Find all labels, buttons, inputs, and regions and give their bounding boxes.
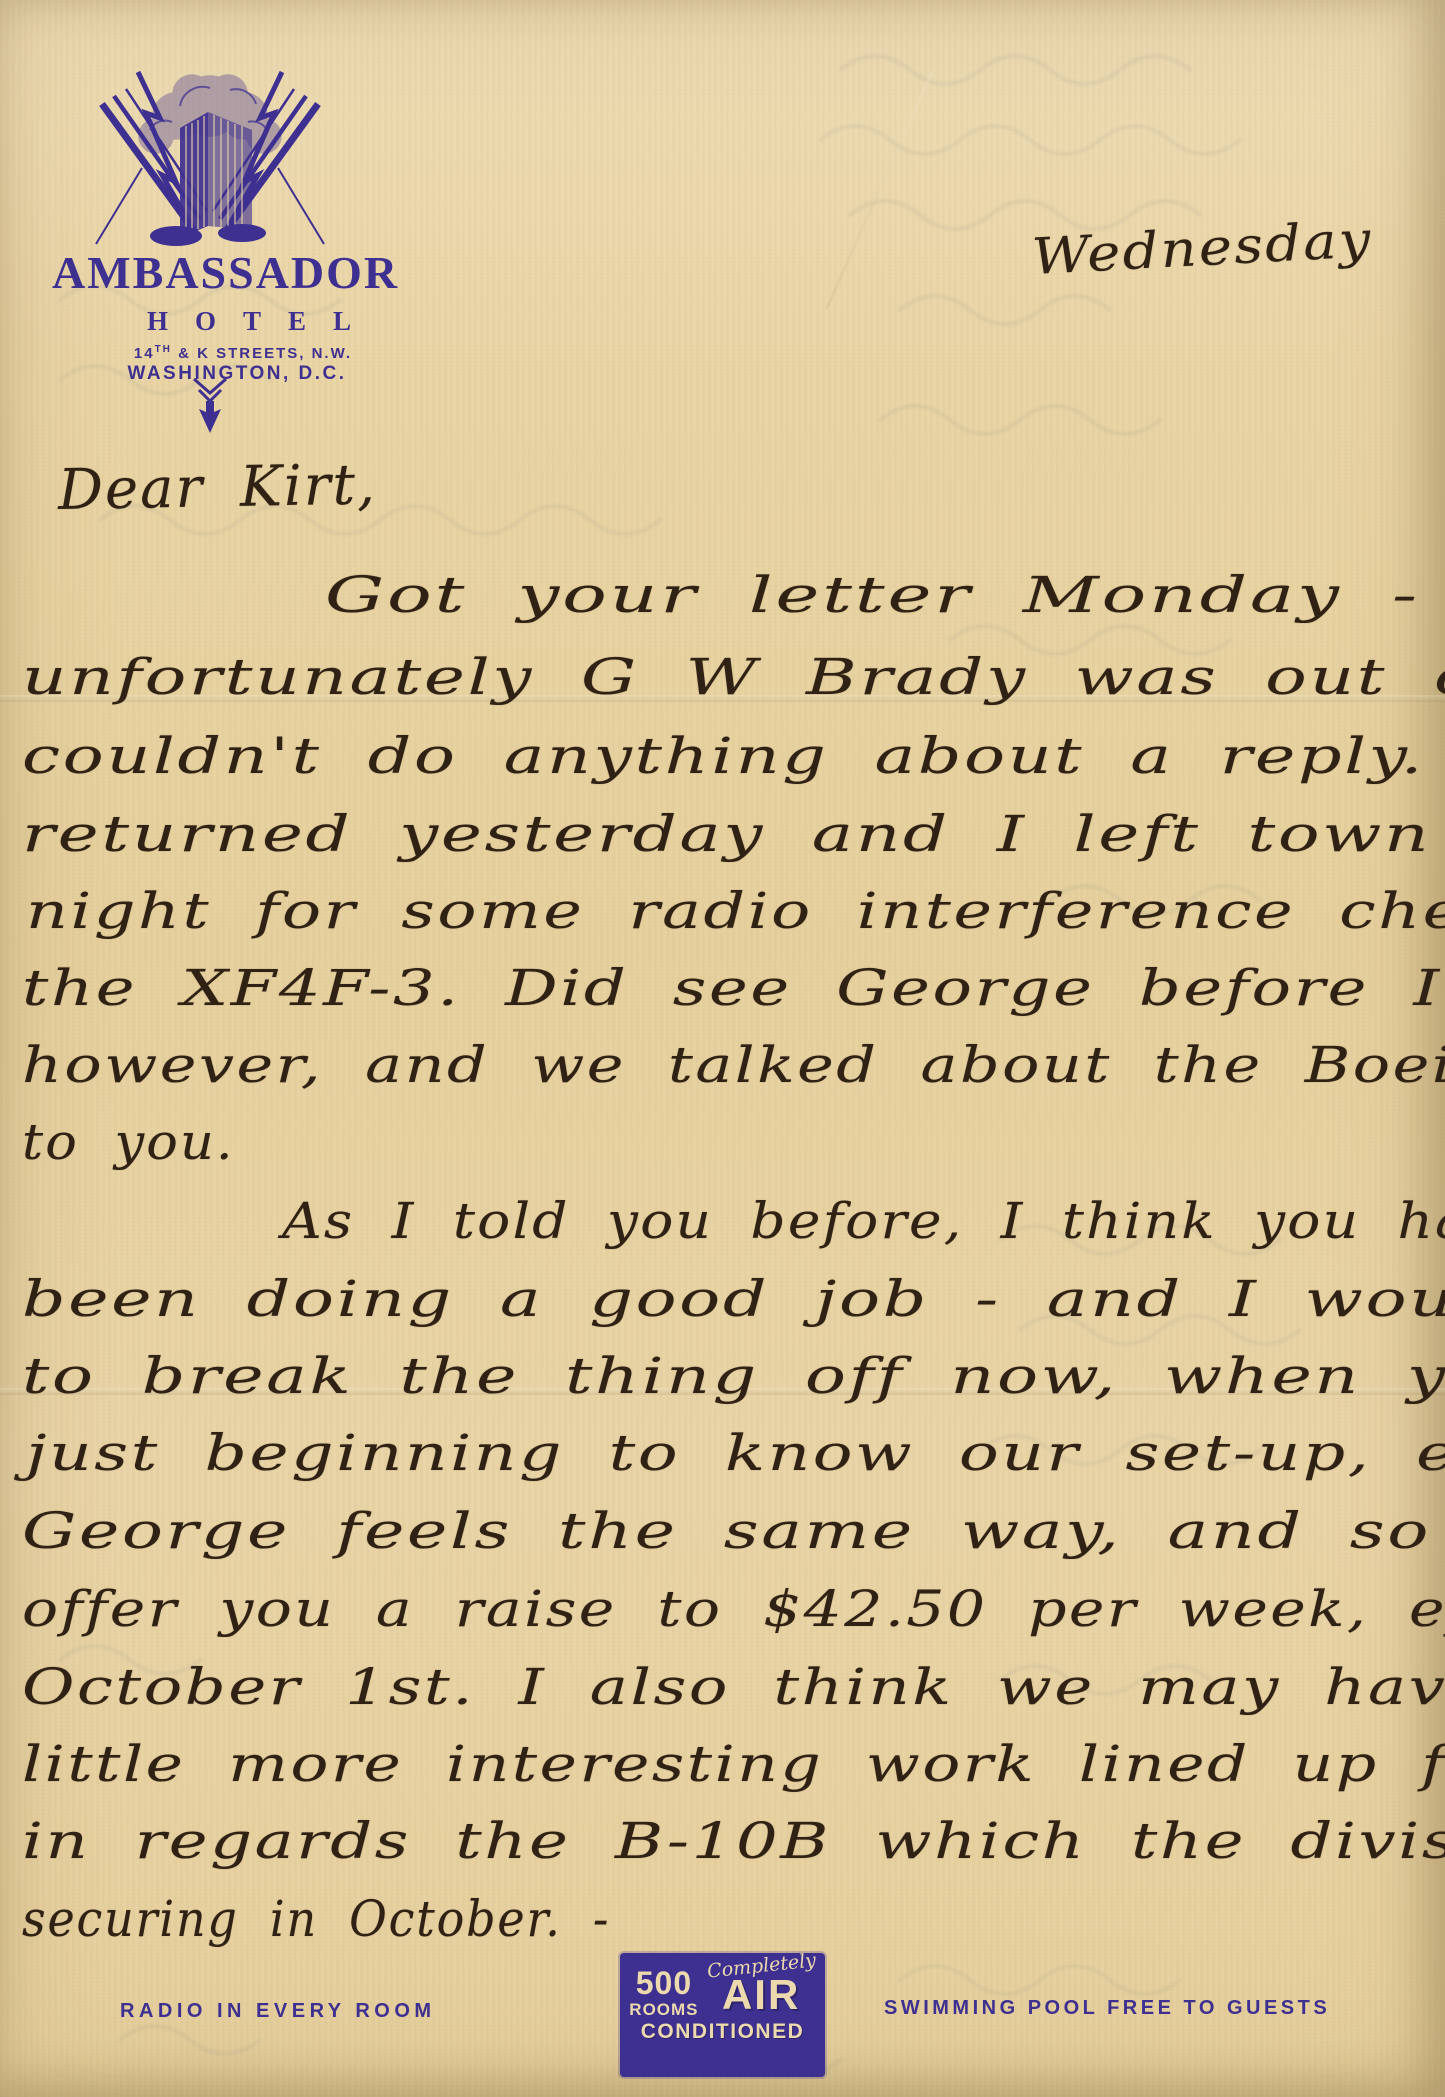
body-line: couldn't do anything about a reply. - He xyxy=(22,727,1445,785)
body-line: Got your letter Monday - and xyxy=(325,566,1445,624)
body-line: unfortunately G W Brady was out of town … xyxy=(22,648,1445,706)
footer-right-text: SWIMMING POOL FREE TO GUESTS xyxy=(884,1997,1330,2020)
corner-crease xyxy=(825,71,933,310)
body-line: in regards the B-10B which the division … xyxy=(22,1812,1445,1870)
body-line: just beginning to know our set-up, etc. … xyxy=(26,1424,1445,1482)
hotel-address-line2: WASHINGTON, D.C. xyxy=(112,363,362,385)
hotel-address-line1: 14TH & K STREETS, N.W. xyxy=(118,344,368,362)
body-line: George feels the same way, and so I can xyxy=(22,1502,1445,1560)
body-line: to you. xyxy=(22,1113,235,1171)
body-line: offer you a raise to $42.50 per week, ef… xyxy=(22,1580,1445,1638)
body-line: As I told you before, I think you have xyxy=(282,1192,1445,1250)
body-line: however, and we talked about the Boeing … xyxy=(22,1036,1445,1094)
handwritten-date: Wednesday xyxy=(1030,210,1374,286)
badge-air-word: AIR xyxy=(722,1974,800,2016)
down-arrow-ornament xyxy=(188,377,232,435)
body-line: securing in October. - xyxy=(22,1890,610,1948)
body-line: the XF4F-3. Did see George before I left xyxy=(22,959,1445,1017)
body-line: October 1st. I also think we may have a xyxy=(22,1658,1445,1716)
air-conditioned-badge: 500 ROOMS Completely AIR CONDITIONED xyxy=(620,1953,825,2077)
body-line: to break the thing off now, when you are xyxy=(22,1347,1445,1405)
salutation: Dear Kirt, xyxy=(57,452,377,523)
body-line: little more interesting work lined up fo… xyxy=(22,1735,1445,1793)
body-line: been doing a good job - and I would hate xyxy=(22,1270,1445,1328)
badge-conditioned-word: CONDITIONED xyxy=(641,2020,805,2044)
badge-rooms-word: ROOMS xyxy=(629,2001,698,2018)
footer-left-text: RADIO IN EVERY ROOM xyxy=(120,2000,436,2023)
badge-500-rooms-number: 500 xyxy=(636,1967,692,1999)
hotel-logo xyxy=(80,56,340,254)
body-line: returned yesterday and I left town last xyxy=(22,805,1445,863)
letter-page: AMBASSADOR HOTEL 14TH & K STREETS, N.W. … xyxy=(0,0,1445,2097)
body-line: night for some radio interference checks… xyxy=(26,882,1445,940)
hotel-name: AMBASSADOR xyxy=(52,246,368,299)
hotel-word: HOTEL xyxy=(120,306,360,337)
